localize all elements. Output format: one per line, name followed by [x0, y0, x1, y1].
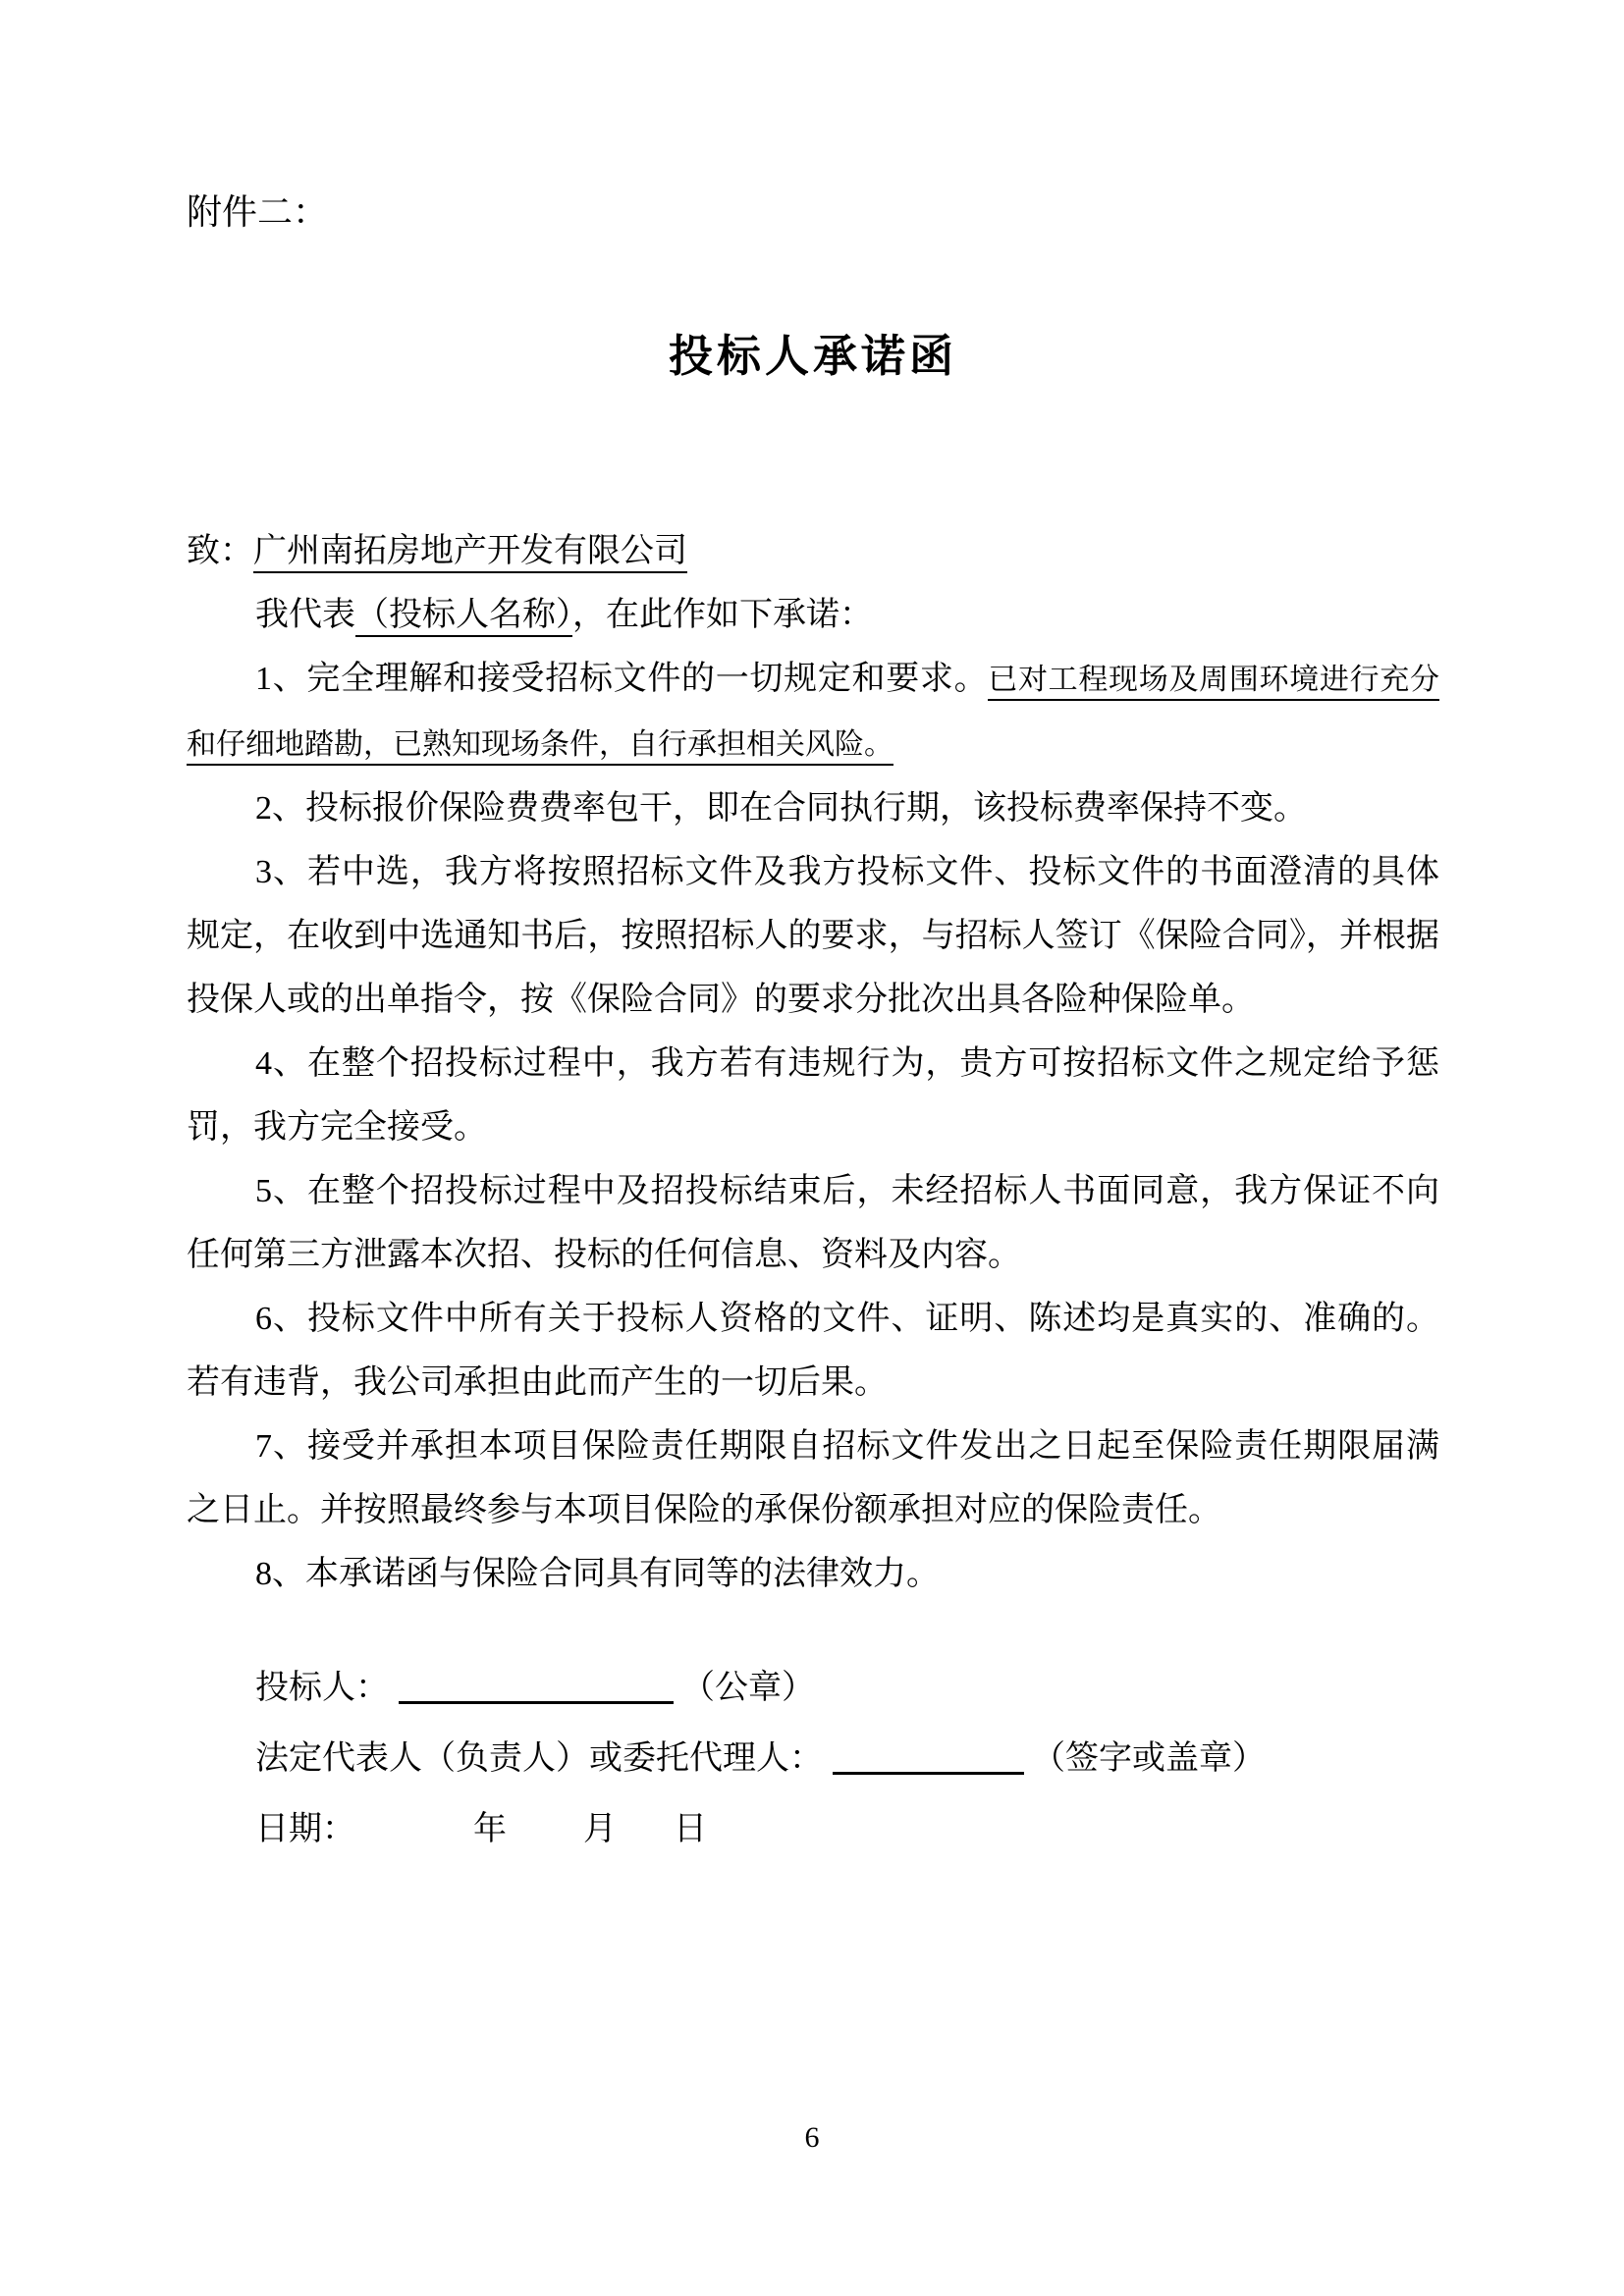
- commitment-item-1: 1、完全理解和接受招标文件的一切规定和要求。已对工程现场及周围环境进行充分和仔细…: [187, 647, 1439, 776]
- item-3-text: 若中选，我方将按照招标文件及我方投标文件、投标文件的书面澄清的具体规定，在收到中…: [187, 854, 1439, 1018]
- item-6-number: 6、: [255, 1301, 307, 1337]
- intro-line: 我代表（投标人名称），在此作如下承诺：: [187, 583, 1439, 647]
- bidder-signature-line: 投标人：（公章）: [187, 1653, 1439, 1724]
- item-8-number: 8、: [255, 1556, 305, 1592]
- commitment-item-7: 7、接受并承担本项目保险责任期限自招标文件发出之日起至保险责任期限届满之日止。并…: [187, 1415, 1439, 1542]
- commitment-item-5: 5、在整个招投标过程中及招投标结束后，未经招标人书面同意，我方保证不向任何第三方…: [187, 1159, 1439, 1287]
- bidder-name-blank: [399, 1668, 674, 1704]
- date-year-label: 年: [473, 1811, 507, 1847]
- representative-seal-note: （签字或盖章）: [1032, 1740, 1266, 1777]
- salutation-line: 致：广州南拓房地产开发有限公司: [187, 519, 1439, 583]
- date-label: 日期：: [255, 1811, 355, 1847]
- item-1-text: 完全理解和接受招标文件的一切规定和要求。: [306, 661, 988, 697]
- item-5-text: 在整个招投标过程中及招投标结束后，未经招标人书面同意，我方保证不向任何第三方泄露…: [187, 1173, 1439, 1273]
- signature-block: 投标人：（公章） 法定代表人（负责人）或委托代理人：（签字或盖章） 日期：年月日: [187, 1653, 1439, 1865]
- item-2-text: 投标报价保险费费率包干，即在合同执行期，该投标费率保持不变。: [305, 790, 1307, 827]
- item-4-number: 4、: [255, 1045, 307, 1082]
- item-7-number: 7、: [255, 1428, 307, 1465]
- document-content: 附件二： 投标人承诺函 致：广州南拓房地产开发有限公司 我代表（投标人名称），在…: [187, 0, 1439, 1865]
- item-4-text: 在整个招投标过程中，我方若有违规行为，贵方可按招标文件之规定给予惩罚，我方完全接…: [187, 1045, 1439, 1146]
- representative-signature-line: 法定代表人（负责人）或委托代理人：（签字或盖章）: [187, 1724, 1439, 1794]
- representative-name-blank: [833, 1738, 1024, 1775]
- commitment-item-8: 8、本承诺函与保险合同具有同等的法律效力。: [187, 1542, 1439, 1606]
- bidder-name-placeholder: （投标人名称）: [355, 597, 572, 637]
- commitment-item-4: 4、在整个招投标过程中，我方若有违规行为，贵方可按招标文件之规定给予惩罚，我方完…: [187, 1032, 1439, 1159]
- recipient-company: 广州南拓房地产开发有限公司: [253, 533, 687, 573]
- commitment-item-2: 2、投标报价保险费费率包干，即在合同执行期，该投标费率保持不变。: [187, 776, 1439, 840]
- item-3-number: 3、: [255, 854, 307, 890]
- representative-label: 法定代表人（负责人）或委托代理人：: [255, 1740, 823, 1777]
- date-day-label: 日: [674, 1811, 707, 1847]
- page-title: 投标人承诺函: [187, 329, 1439, 384]
- document-page: 附件二： 投标人承诺函 致：广州南拓房地产开发有限公司 我代表（投标人名称），在…: [0, 0, 1624, 2296]
- date-line: 日期：年月日: [187, 1794, 1439, 1865]
- intro-post: ，在此作如下承诺：: [572, 597, 873, 633]
- page-number: 6: [0, 2120, 1624, 2156]
- item-8-text: 本承诺函与保险合同具有同等的法律效力。: [305, 1556, 940, 1592]
- item-6-text: 投标文件中所有关于投标人资格的文件、证明、陈述均是真实的、准确的。若有违背，我公…: [187, 1301, 1439, 1401]
- bidder-seal-note: （公章）: [681, 1670, 815, 1706]
- commitment-item-3: 3、若中选，我方将按照招标文件及我方投标文件、投标文件的书面澄清的具体规定，在收…: [187, 840, 1439, 1032]
- bidder-label: 投标人：: [255, 1670, 389, 1706]
- date-month-label: 月: [583, 1811, 617, 1847]
- item-1-number: 1、: [255, 661, 306, 697]
- letter-body: 致：广州南拓房地产开发有限公司 我代表（投标人名称），在此作如下承诺： 1、完全…: [187, 519, 1439, 1606]
- item-2-number: 2、: [255, 790, 305, 827]
- attachment-label: 附件二：: [187, 0, 1439, 235]
- salutation-prefix: 致：: [187, 533, 253, 569]
- item-7-text: 接受并承担本项目保险责任期限自招标文件发出之日起至保险责任期限届满之日止。并按照…: [187, 1428, 1439, 1528]
- item-5-number: 5、: [255, 1173, 307, 1209]
- commitment-item-6: 6、投标文件中所有关于投标人资格的文件、证明、陈述均是真实的、准确的。若有违背，…: [187, 1287, 1439, 1415]
- intro-pre: 我代表: [255, 597, 355, 633]
